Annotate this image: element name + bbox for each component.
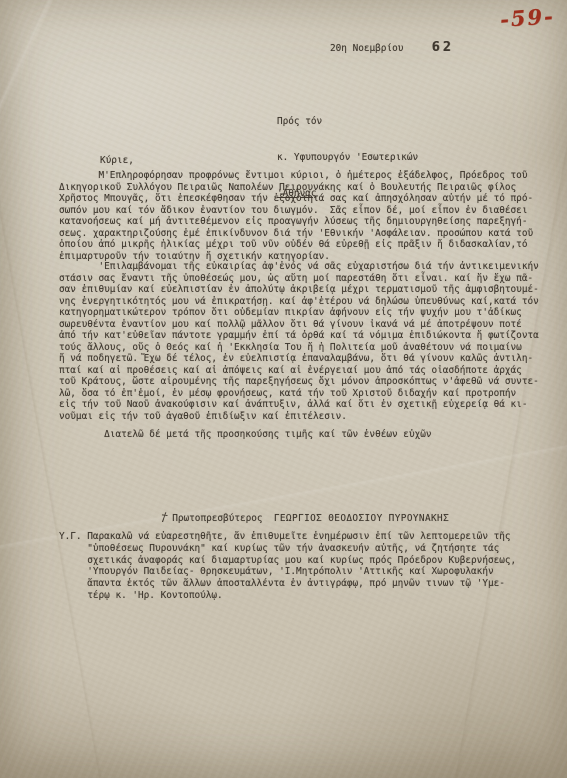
body-paragraph-2: 'Επιλαμβάνομαι τῆς εὐκαιρίας ἀφ'ἑνός νά … xyxy=(59,261,539,422)
signature-name: ΓΕΩΡΓΙΟΣ ΘΕΟΔΟΣΙΟΥ ΠΥΡΟΥΝΑΚΗΣ xyxy=(274,513,449,524)
date-text: 20η Νοεμβρίου xyxy=(330,43,403,54)
scanned-letter-page: -59- 20η Νοεμβρίου 62 Πρός τόν κ. Υφυπου… xyxy=(0,0,567,778)
body-paragraph-1: Μ'Επληροφόρησαν προφρόνως ἔντιμοι κύριοι… xyxy=(59,170,533,262)
salutation: Κύριε, xyxy=(100,155,134,167)
recipient-line-1: Πρός τόν xyxy=(277,116,418,128)
handwritten-page-number: -59- xyxy=(500,3,556,32)
date-year: 62 xyxy=(432,39,454,55)
recipient-line-2: κ. Υφυπουργόν 'Εσωτερικών xyxy=(277,152,418,164)
closing-line: Διατελῶ δέ μετά τῆς προσηκούσης τιμῆς κα… xyxy=(59,429,432,441)
postscript-block: Υ.Γ. Παρακαλῶ νά εὐαρεστηθῆτε, ἄν ἐπιθυμ… xyxy=(59,531,516,602)
cross-icon: † xyxy=(160,511,168,523)
signature-title: Πρωτοπρεσβύτερος xyxy=(172,513,262,524)
date-line: 20η Νοεμβρίου 62 xyxy=(330,42,454,55)
